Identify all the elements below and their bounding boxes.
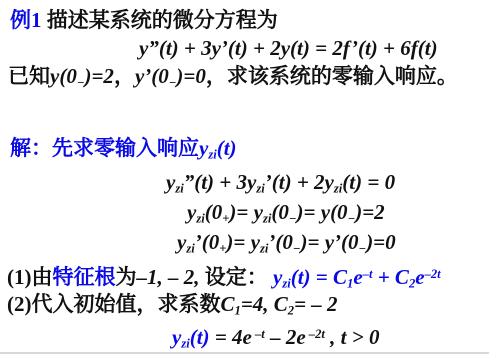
text-segment: –2t (425, 267, 441, 281)
text-segment: y (187, 200, 196, 224)
text-segment: , t > 0 (325, 325, 380, 349)
text-segment: zi (208, 148, 216, 162)
text-segment: –2t (306, 327, 325, 341)
text-segment: y (177, 230, 186, 254)
text-segment: = 4e (210, 325, 252, 349)
text-segment: ”(t) + 3 (184, 170, 247, 194)
text-segment: 特征根 (53, 265, 116, 289)
text-segment: )=2 (355, 200, 384, 224)
initial-value-eq1-line: yzi(0+)= yzi(0−)= y(0−)=2 (187, 199, 385, 232)
initial-value-eq2-line: yzi’(0+)= yzi’(0−)= y’(0−)=0 (177, 229, 396, 262)
text-segment: zi (175, 182, 183, 196)
text-segment: (2)代入初始值， (7, 292, 158, 316)
text-segment: )= (229, 200, 253, 224)
text-segment: y (166, 170, 175, 194)
text-segment: ， (206, 64, 227, 88)
text-segment: )= (297, 200, 321, 224)
text-segment: )=0 (366, 230, 395, 254)
initial-conditions-line: 已知y(0−)=2，y’(0−)=0，求该系统的零输入响应。 (8, 63, 458, 96)
text-segment: )= (301, 230, 325, 254)
text-segment: (t) (190, 325, 210, 349)
text-segment: y (325, 170, 334, 194)
text-segment: 描述某系统的微分方程为 (42, 8, 278, 32)
text-segment: zi (186, 242, 194, 256)
text-segment: − (289, 212, 297, 226)
text-segment: ， (114, 64, 135, 88)
text-segment: –t (363, 267, 373, 281)
text-segment: e (415, 265, 424, 289)
text-segment: – 2e (265, 325, 306, 349)
step-2-line: (2)代入初始值，求系数C1=4, C2= – 2 (7, 291, 338, 324)
text-segment: )= (226, 230, 250, 254)
text-segment: = – 2 (294, 292, 337, 316)
text-segment: zi (196, 212, 204, 226)
solution-header-line: 解：先求零输入响应yzi(t) (10, 135, 237, 168)
text-segment: (0 (330, 200, 348, 224)
text-segment: (t) (217, 136, 237, 160)
text-segment: (0 (205, 200, 223, 224)
text-segment: y (199, 136, 208, 160)
text-segment: 例1 (10, 8, 42, 32)
slide-bottom-border (0, 352, 489, 354)
text-segment: 解： (10, 136, 52, 160)
text-segment: y (268, 265, 283, 289)
text-segment: y (251, 230, 260, 254)
text-segment: y’(0 (325, 230, 359, 254)
text-segment: 求系数 (158, 292, 221, 316)
text-segment: zi (282, 277, 290, 291)
text-segment: )=2 (84, 64, 113, 88)
text-segment: e (353, 265, 362, 289)
text-segment: (t) = 0 (342, 170, 395, 194)
text-segment: + C (372, 265, 408, 289)
text-segment: ’(t) + 2 (265, 170, 325, 194)
text-segment: − (293, 242, 301, 256)
text-segment: y (254, 200, 263, 224)
text-segment: zi (256, 182, 264, 196)
text-segment: ’(0 (195, 230, 220, 254)
text-segment: y(0 (50, 64, 77, 88)
text-segment: y (321, 200, 330, 224)
text-segment: y’(0 (135, 64, 169, 88)
text-segment: 为 (116, 265, 137, 289)
text-segment: (1)由 (7, 265, 53, 289)
text-segment: )=0 (176, 64, 205, 88)
text-segment: (t) = C (291, 265, 347, 289)
lecture-slide: { "colors": { "accent_blue": "#0a0ae6", … (0, 0, 489, 361)
example-title-line: 例1 描述某系统的微分方程为 (10, 7, 278, 33)
text-segment: y (247, 170, 256, 194)
text-segment: 先求零输入响应 (52, 136, 199, 160)
text-segment: 求该系统的零输入响应。 (227, 64, 458, 88)
text-segment: =4, (241, 292, 274, 316)
text-segment: 已知 (8, 64, 50, 88)
text-segment: C (274, 292, 288, 316)
text-segment: zi (181, 337, 189, 351)
text-segment: C (221, 292, 235, 316)
text-segment: (0 (271, 200, 289, 224)
text-segment: ’(0 (268, 230, 293, 254)
text-segment: y (172, 325, 181, 349)
text-segment: –1, – 2, (137, 265, 205, 289)
main-equation-line: y”(t) + 3y’(t) + 2y(t) = 2f’(t) + 6f(t) (139, 35, 438, 61)
zero-input-equation-line: yzi”(t) + 3yzi’(t) + 2yzi(t) = 0 (166, 169, 395, 202)
text-segment: –t (252, 327, 265, 341)
text-segment: 设定： (205, 265, 268, 289)
text-segment: y”(t) + 3y’(t) + 2y(t) = 2f’(t) + 6f(t) (139, 36, 438, 60)
